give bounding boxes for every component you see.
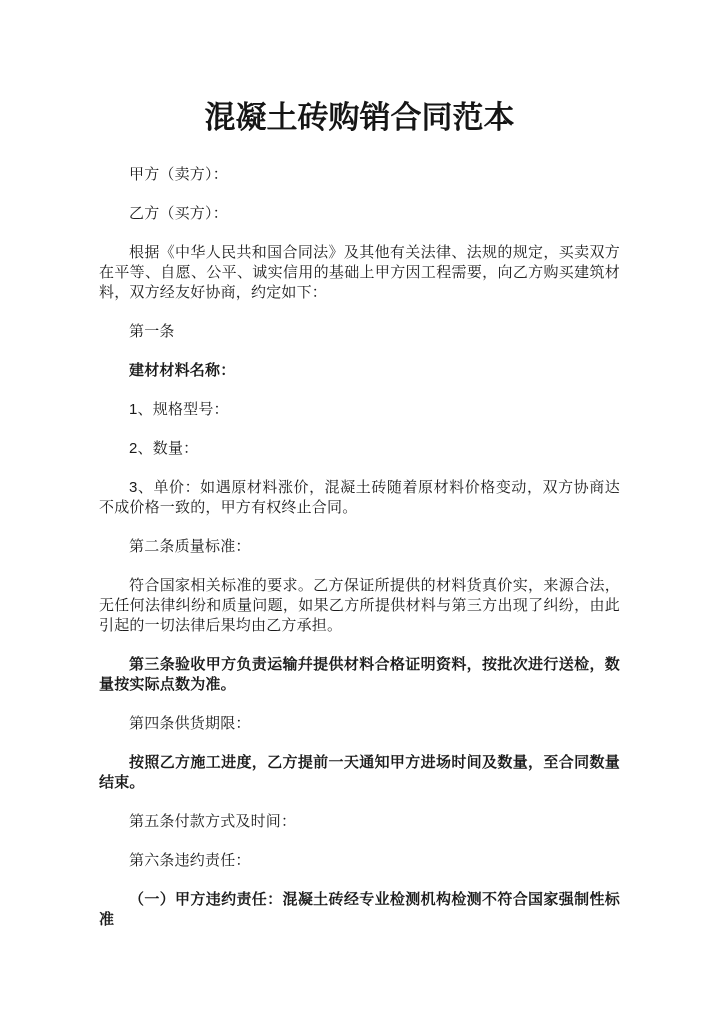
clause-3-paragraph: 第三条验收甲方负责运输幷提供材料合格证明资料，按批次进行送检，数量按实际点数为准… (99, 655, 620, 695)
party-a-line: 甲方（卖方）： (99, 165, 620, 185)
clause-1-heading: 第一条 (99, 322, 620, 342)
quantity-line: 2、数量： (99, 439, 620, 459)
preamble-paragraph: 根据《中华人民共和国合同法》及其他有关法律、法规的规定，买卖双方在平等、自愿、公… (99, 243, 620, 303)
unit-price-paragraph: 3、单价：如遇原材料涨价，混凝土砖随着原材料价格变动，双方协商达不成价格一致的，… (99, 478, 620, 518)
breach-liability-paragraph: （一）甲方违约责任：混凝土砖经专业检测机构检测不符合国家强制性标准 (99, 890, 620, 930)
party-b-line: 乙方（买方）： (99, 204, 620, 224)
spec-model-line: 1、规格型号： (99, 400, 620, 420)
clause-4-heading: 第四条供货期限： (99, 714, 620, 734)
quality-standard-paragraph: 符合国家相关标准的要求。乙方保证所提供的材料货真价实，来源合法，无任何法律纠纷和… (99, 576, 620, 636)
material-name-line: 建材材料名称： (99, 361, 620, 381)
supply-schedule-paragraph: 按照乙方施工进度，乙方提前一天通知甲方进场时间及数量，至合同数量结束。 (99, 753, 620, 793)
clause-5-heading: 第五条付款方式及时间： (99, 812, 620, 832)
document-title: 混凝土砖购销合同范本 (99, 100, 620, 136)
clause-2-heading: 第二条质量标准： (99, 537, 620, 557)
document-page: 混凝土砖购销合同范本 甲方（卖方）： 乙方（买方）： 根据《中华人民共和国合同法… (0, 0, 720, 1017)
clause-6-heading: 第六条违约责任： (99, 851, 620, 871)
